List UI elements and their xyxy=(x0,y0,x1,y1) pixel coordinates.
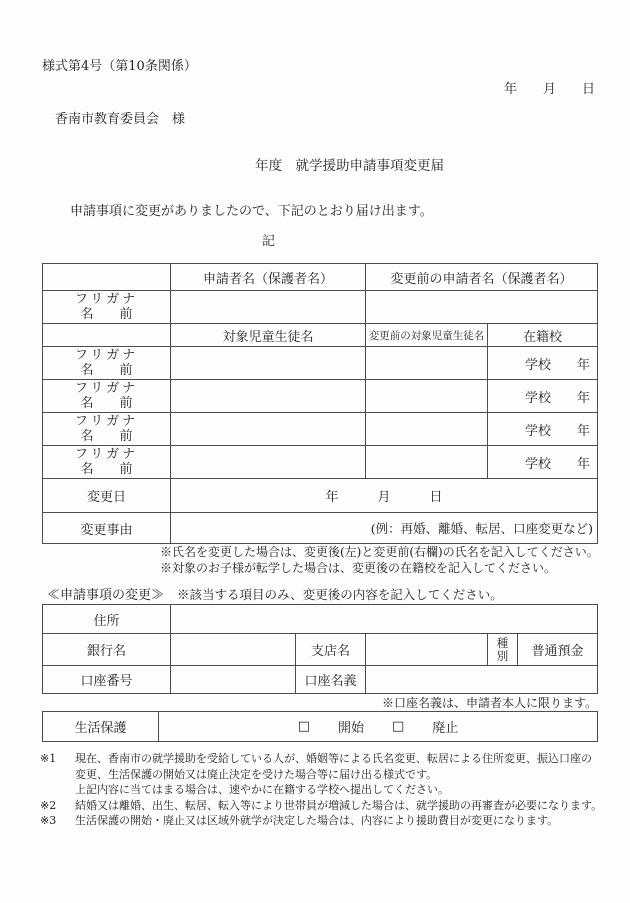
child1-furigana-label: フリガナ 名 前 xyxy=(43,347,171,380)
child-name-header: 対象児童生徒名 xyxy=(171,324,366,347)
child3-name-input[interactable] xyxy=(171,413,366,446)
child2-name-input[interactable] xyxy=(171,380,366,413)
footnote-2: ※2 結婚又は離婚、出生、転居、転入等により世帯員が増減した場合は、就学援助の再… xyxy=(40,798,602,814)
welfare-end-checkbox[interactable]: □ xyxy=(392,719,404,734)
account-number-label: 口座番号 xyxy=(43,666,171,694)
address-label: 住所 xyxy=(43,605,171,634)
bank-input[interactable] xyxy=(171,634,296,666)
child1-name-before-input[interactable] xyxy=(366,347,488,380)
welfare-start-label: 開始 xyxy=(338,717,364,736)
account-name-label: 口座名義 xyxy=(296,666,366,694)
change-date-input[interactable]: 年 月 日 xyxy=(171,479,598,513)
welfare-start-checkbox[interactable]: □ xyxy=(298,719,310,734)
footnotes: ※1 現在、香南市の就学援助を受給している人が、婚姻等による氏名変更、転居による… xyxy=(40,751,602,829)
date-line: 年 月 日 xyxy=(504,78,595,97)
section2-heading: ≪申請事項の変更≫ xyxy=(47,588,164,603)
account-type-value: 普通預金 xyxy=(518,634,598,666)
child4-name-input[interactable] xyxy=(171,446,366,479)
child1-school-cell[interactable]: 学校 年 xyxy=(488,347,598,380)
child4-school-cell[interactable]: 学校 年 xyxy=(488,446,598,479)
page-title: 年度 就学援助申請事項変更届 xyxy=(255,154,444,174)
child4-furigana-label: フリガナ 名 前 xyxy=(43,446,171,479)
application-change-table: 住所 銀行名 支店名 種 別 普通預金 口座番号 口座名義 xyxy=(42,604,598,694)
intro-text: 申請事項に変更がありましたので、下記のとおり届け出ます。 xyxy=(70,200,433,219)
main-change-table: 申請者名（保護者名） 変更前の申請者名（保護者名） フリガナ 名 前 対象児童生… xyxy=(42,263,598,544)
child3-school-cell[interactable]: 学校 年 xyxy=(488,413,598,446)
branch-input[interactable] xyxy=(366,634,488,666)
welfare-end-label: 廃止 xyxy=(432,717,458,736)
footnote-3: ※3 生活保護の開始・廃止又は区域外就学が決定した場合は、内容により援助費目が変… xyxy=(40,813,602,829)
change-reason-input[interactable]: (例：再婚、離婚、転居、口座変更など) xyxy=(171,513,598,544)
applicant-name-header: 申請者名（保護者名） xyxy=(171,264,366,291)
bank-label: 銀行名 xyxy=(43,634,171,666)
form-number: 様式第4号（第10条関係） xyxy=(42,55,197,74)
account-name-note: ※口座名義は、申請者本人に限ります。 xyxy=(382,694,597,711)
address-input[interactable] xyxy=(171,605,598,634)
child2-name-before-input[interactable] xyxy=(366,380,488,413)
school-header: 在籍校 xyxy=(488,324,598,347)
child1-name-input[interactable] xyxy=(171,347,366,380)
welfare-label: 生活保護 xyxy=(43,712,159,742)
applicant-name-input[interactable] xyxy=(171,291,366,324)
ki-marker: 記 xyxy=(262,230,275,249)
applicant-name-before-input[interactable] xyxy=(366,291,598,324)
applicant-name-before-header: 変更前の申請者名（保護者名） xyxy=(366,264,598,291)
blank-header-cell xyxy=(43,324,171,347)
account-number-input[interactable] xyxy=(171,666,296,694)
child3-name-before-input[interactable] xyxy=(366,413,488,446)
child-name-before-header: 変更前の対象児童生徒名 xyxy=(366,324,488,347)
account-name-input[interactable] xyxy=(366,666,598,694)
change-date-label: 変更日 xyxy=(43,479,171,513)
change-reason-label: 変更事由 xyxy=(43,513,171,544)
note-name-change: ※氏名を変更した場合は、変更後(左)と変更前(右欄)の氏名を記入してください。 xyxy=(160,545,599,561)
blank-header-cell xyxy=(43,264,171,291)
applicant-furigana-label: フリガナ 名 前 xyxy=(43,291,171,324)
child4-name-before-input[interactable] xyxy=(366,446,488,479)
form-page: 様式第4号（第10条関係） 年 月 日 香南市教育委員会 様 年度 就学援助申請… xyxy=(0,0,630,903)
note-school-change: ※対象のお子様が転学した場合は、変更後の在籍校を記入してください。 xyxy=(160,561,599,577)
section2-heading-line: ≪申請事項の変更≫※該当する項目のみ、変更後の内容を記入してください。 xyxy=(47,584,503,603)
branch-label: 支店名 xyxy=(296,634,366,666)
child2-school-cell[interactable]: 学校 年 xyxy=(488,380,598,413)
child2-furigana-label: フリガナ 名 前 xyxy=(43,380,171,413)
account-type-label: 種 別 xyxy=(488,634,518,666)
addressee: 香南市教育委員会 様 xyxy=(55,108,185,127)
footnote-1: ※1 現在、香南市の就学援助を受給している人が、婚姻等による氏名変更、転居による… xyxy=(40,751,602,798)
welfare-table: 生活保護 □ 開始 □ 廃止 xyxy=(42,711,598,742)
table1-notes: ※氏名を変更した場合は、変更後(左)と変更前(右欄)の氏名を記入してください。 … xyxy=(160,545,599,576)
child3-furigana-label: フリガナ 名 前 xyxy=(43,413,171,446)
welfare-options-cell: □ 開始 □ 廃止 xyxy=(159,712,598,742)
section2-heading-note: ※該当する項目のみ、変更後の内容を記入してください。 xyxy=(177,587,503,602)
